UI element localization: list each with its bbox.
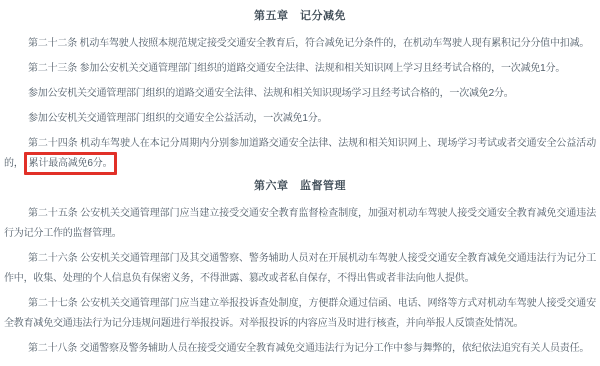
article-23-paragraph-3: 参加公安机关交通管理部门组织的交通安全公益活动，一次减免1分。 <box>4 109 596 129</box>
highlight-box: 累计最高减免6分。 <box>24 152 118 175</box>
article-25-paragraph: 第二十五条 公安机关交通管理部门应当建立接受交通安全教育监督检查制度，加强对机动… <box>4 204 596 244</box>
document-page: 第五章 记分减免 第二十二条 机动车驾驶人按照本规范规定接受交通安全教育后，符合… <box>0 0 600 366</box>
chapter-6-heading: 第六章 监督管理 <box>4 179 596 194</box>
article-23-paragraph-1: 第二十三条 参加公安机关交通管理部门组织的道路交通安全法律、法规和相关知识网上学… <box>4 59 596 79</box>
article-28-paragraph: 第二十八条 交通警察及警务辅助人员在接受交通安全教育减免交通违法行为记分工作中参… <box>4 339 596 359</box>
article-27-paragraph: 第二十七条 公安机关交通管理部门应当建立举报投诉查处制度，方便群众通过信函、电话… <box>4 294 596 334</box>
article-24-paragraph: 第二十四条 机动车驾驶人在本记分周期内分别参加道路交通安全法律、法规和相关知识网… <box>4 134 596 174</box>
chapter-5-heading: 第五章 记分减免 <box>4 9 596 24</box>
article-23-paragraph-2: 参加公安机关交通管理部门组织的道路交通安全法律、法规和相关知识现场学习且经考试合… <box>4 84 596 104</box>
article-22-paragraph: 第二十二条 机动车驾驶人按照本规范规定接受交通安全教育后，符合减免记分条件的，在… <box>4 34 596 54</box>
article-26-paragraph: 第二十六条 公安机关交通管理部门及其交通警察、警务辅助人员对在开展机动车驾驶人接… <box>4 249 596 289</box>
